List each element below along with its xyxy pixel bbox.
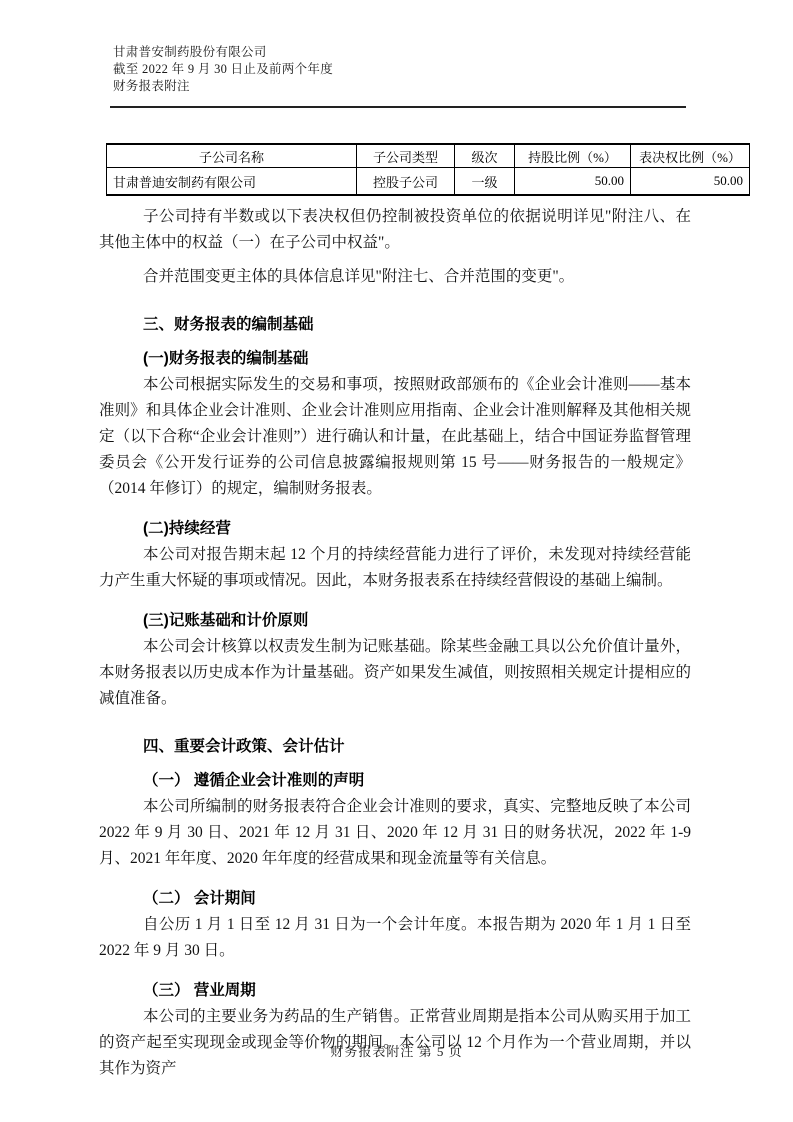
table-row: 甘肃普迪安制药有限公司 控股子公司 一级 50.00 50.00 xyxy=(107,168,750,196)
report-period: 截至 2022 年 9 月 30 日止及前两个年度 xyxy=(113,61,333,78)
section-heading-accounting-policies: 四、重要会计政策、会计估计 xyxy=(99,734,691,760)
subsection-heading-accounting-basis: (三)记账基础和计价原则 xyxy=(99,608,691,634)
document-header: 甘肃普安制药股份有限公司 截至 2022 年 9 月 30 日止及前两个年度 财… xyxy=(113,44,333,95)
paragraph-going-concern: 本公司对报告期末起 12 个月的持续经营能力进行了评价，未发现对持续经营能力产生… xyxy=(99,542,691,594)
paragraph-basis-of-preparation: 本公司根据实际发生的交易和事项，按照财政部颁布的《企业会计准则——基本准则》和具… xyxy=(99,372,691,502)
cell-shareholding-ratio: 50.00 xyxy=(515,168,631,196)
cell-level: 一级 xyxy=(455,168,515,196)
document-body: 子公司持有半数或以下表决权但仍控制被投资单位的依据说明详见"附注八、在其他主体中… xyxy=(99,204,691,1090)
paragraph-compliance-statement: 本公司所编制的财务报表符合企业会计准则的要求，真实、完整地反映了本公司 2022… xyxy=(99,794,691,872)
column-header-voting-ratio: 表决权比例（%） xyxy=(631,144,750,168)
subsidiary-table: 子公司名称 子公司类型 级次 持股比例（%） 表决权比例（%） 甘肃普迪安制药有… xyxy=(106,143,750,196)
column-header-subsidiary-type: 子公司类型 xyxy=(357,144,455,168)
subsection-heading-basis-of-preparation: (一)财务报表的编制基础 xyxy=(99,346,691,372)
column-header-subsidiary-name: 子公司名称 xyxy=(107,144,357,168)
subsection-heading-compliance-statement: （一） 遵循企业会计准则的声明 xyxy=(99,768,691,794)
table-header-row: 子公司名称 子公司类型 级次 持股比例（%） 表决权比例（%） xyxy=(107,144,750,168)
document-page: 甘肃普安制药股份有限公司 截至 2022 年 9 月 30 日止及前两个年度 财… xyxy=(0,0,793,1122)
section-heading-basis-of-preparation: 三、财务报表的编制基础 xyxy=(99,312,691,338)
document-title: 财务报表附注 xyxy=(113,78,333,95)
subsection-heading-operating-cycle: （三） 营业周期 xyxy=(99,978,691,1004)
paragraph-accounting-basis: 本公司会计核算以权责发生制为记账基础。除某些金融工具以公允价值计量外，本财务报表… xyxy=(99,634,691,712)
paragraph-consolidation-scope-note: 合并范围变更主体的具体信息详见"附注七、合并范围的变更"。 xyxy=(99,264,691,290)
subsection-heading-accounting-period: （二） 会计期间 xyxy=(99,886,691,912)
cell-subsidiary-name: 甘肃普迪安制药有限公司 xyxy=(107,168,357,196)
cell-subsidiary-type: 控股子公司 xyxy=(357,168,455,196)
company-name: 甘肃普安制药股份有限公司 xyxy=(113,44,333,61)
column-header-level: 级次 xyxy=(455,144,515,168)
paragraph-accounting-period: 自公历 1 月 1 日至 12 月 31 日为一个会计年度。本报告期为 2020… xyxy=(99,912,691,964)
cell-voting-ratio: 50.00 xyxy=(631,168,750,196)
column-header-shareholding-ratio: 持股比例（%） xyxy=(515,144,631,168)
paragraph-subsidiary-control-note: 子公司持有半数或以下表决权但仍控制被投资单位的依据说明详见"附注八、在其他主体中… xyxy=(99,204,691,256)
header-divider xyxy=(110,106,686,108)
subsection-heading-going-concern: (二)持续经营 xyxy=(99,516,691,542)
page-footer: 财务报表附注 第 5 页 xyxy=(0,1041,793,1060)
